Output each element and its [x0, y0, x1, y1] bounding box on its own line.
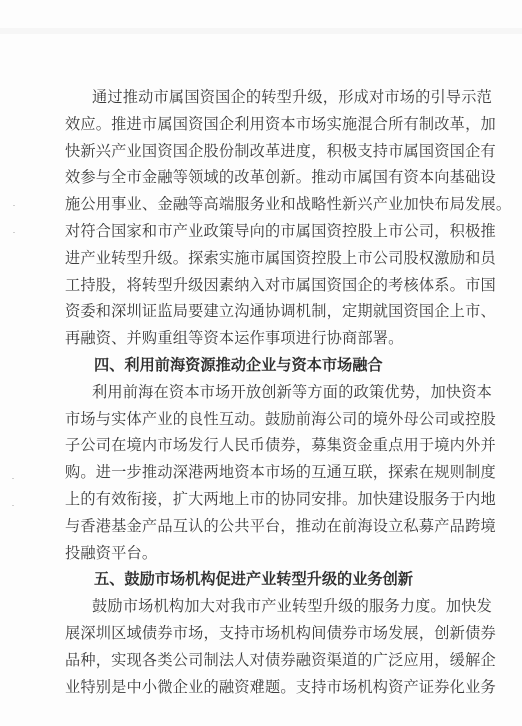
text-line: 与香港基金产品互认的公共平台，推动在前海设立私募产品跨境 [65, 513, 461, 540]
text-line: 展深圳区域债券市场，支持市场机构间债券市场发展，创新债券 [65, 620, 461, 647]
text-line: 再融资、并购重组等资本运作事项进行协商部署。 [65, 325, 461, 352]
text-line: 施公用事业、金融等高端服务业和战略性新兴产业加快布局发展。 [65, 191, 461, 218]
scan-speck [12, 505, 14, 506]
text-line: 利用前海在资本市场开放创新等方面的政策优势，加快资本 [65, 379, 461, 406]
page-number: 3 [0, 678, 522, 687]
paragraph-state-owned-reform: 通过推动市属国资国企的转型升级，形成对市场的引导示范 效应。推进市属国资国企利用… [65, 84, 461, 352]
document-page: 通过推动市属国资国企的转型升级，形成对市场的引导示范 效应。推进市属国资国企利用… [0, 0, 522, 726]
text-line: 工持股，将转型升级因素纳入对市属国资国企的考核体系。市国 [65, 272, 461, 299]
document-body: 通过推动市属国资国企的转型升级，形成对市场的引导示范 效应。推进市属国资国企利用… [65, 84, 461, 700]
scan-speck [13, 232, 15, 233]
scan-speck [12, 478, 14, 479]
text-line: 投融资平台。 [65, 540, 461, 567]
scan-speck [13, 205, 15, 206]
section-heading-5: 五、鼓励市场机构促进产业转型升级的业务创新 [65, 566, 461, 593]
text-line: 市场与实体产业的良性互动。鼓励前海公司的境外母公司或控股 [65, 406, 461, 433]
text-line: 子公司在境内市场发行人民币债券，募集资金重点用于境内外并 [65, 432, 461, 459]
text-line: 效应。推进市属国资国企利用资本市场实施混合所有制改革，加 [65, 111, 461, 138]
text-line: 上的有效衔接，扩大两地上市的协同安排。加快建设服务于内地 [65, 486, 461, 513]
text-line: 资委和深圳证监局要建立沟通协调机制，定期就国资国企上市、 [65, 298, 461, 325]
text-line: 通过推动市属国资国企的转型升级，形成对市场的引导示范 [65, 84, 461, 111]
text-line: 进产业转型升级。探索实施市属国资控股上市公司股权激励和员 [65, 245, 461, 272]
text-line: 鼓励市场机构加大对我市产业转型升级的服务力度。加快发 [65, 593, 461, 620]
scan-band [0, 28, 522, 34]
text-line: 快新兴产业国资国企股份制改革进度，积极支持市属国资国企有 [65, 138, 461, 165]
text-line: 对符合国家和市产业政策导向的市属国资控股上市公司，积极推 [65, 218, 461, 245]
paragraph-qianhai: 利用前海在资本市场开放创新等方面的政策优势，加快资本 市场与实体产业的良性互动。… [65, 379, 461, 567]
section-heading-4: 四、利用前海资源推动企业与资本市场融合 [65, 352, 461, 379]
text-line: 购。进一步推动深港两地资本市场的互通互联，探索在规则制度 [65, 459, 461, 486]
text-line: 品种，实现各类公司制法人对债券融资渠道的广泛应用，缓解企 [65, 647, 461, 674]
text-line: 效参与全市金融等领域的改革创新。推动市属国有资本向基础设 [65, 164, 461, 191]
